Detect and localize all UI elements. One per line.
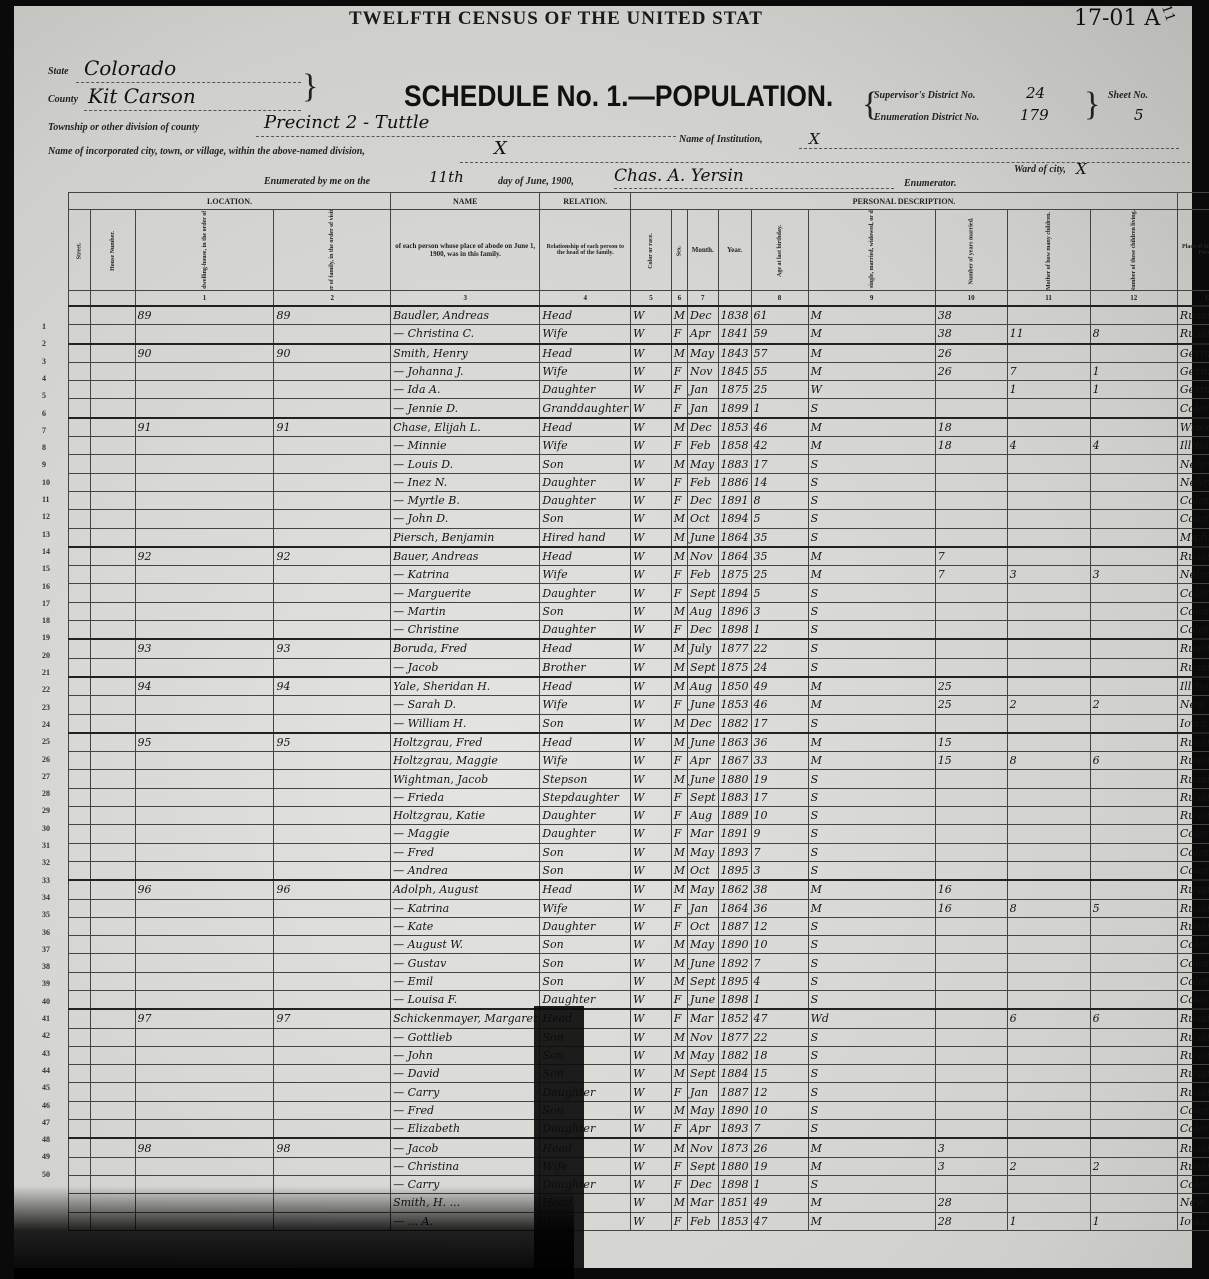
column-number: 13 <box>1177 291 1209 307</box>
years-married-cell <box>935 990 1007 1009</box>
corner-mark: 17-01 A <box>1074 6 1160 31</box>
sex-cell: F <box>671 1009 687 1028</box>
census-row: — Sarah D.WifeWFJune185346M2522New YorkN… <box>69 696 1209 714</box>
dwelling-number-cell: 98 <box>135 1138 274 1157</box>
institution-line <box>799 148 1179 149</box>
children-living-cell: 6 <box>1090 1009 1177 1028</box>
person-name-cell: Holtzgrau, Maggie <box>391 752 540 770</box>
sex-cell: M <box>671 880 687 899</box>
dwelling-number-cell: 89 <box>135 306 274 325</box>
years-married-cell <box>935 954 1007 972</box>
years-married-cell: 38 <box>935 325 1007 344</box>
years-married-cell <box>935 381 1007 399</box>
line-number: 40 <box>42 997 50 1006</box>
house-number-cell <box>90 455 135 473</box>
years-married-cell: 15 <box>935 733 1007 752</box>
family-number-cell: 89 <box>274 306 391 325</box>
street-cell <box>69 1046 91 1064</box>
dwelling-number-cell: 91 <box>135 418 274 437</box>
years-married-cell: 25 <box>935 677 1007 696</box>
family-number-cell <box>274 1083 391 1101</box>
family-number-cell: 90 <box>274 344 391 363</box>
census-row: Piersch, BenjaminHired handWMJune186435S… <box>69 528 1209 547</box>
children-living-cell <box>1090 528 1177 547</box>
line-number: 13 <box>42 530 50 539</box>
mother-of-cell <box>1007 954 1090 972</box>
marital-status-cell: M <box>808 418 935 437</box>
children-living-cell <box>1090 1065 1177 1083</box>
marital-status-cell: S <box>808 954 935 972</box>
line-number: 24 <box>42 720 50 729</box>
years-married-cell: 7 <box>935 547 1007 566</box>
sex-cell: M <box>671 1138 687 1157</box>
street-cell <box>69 566 91 584</box>
marital-status-cell: M <box>808 899 935 917</box>
years-married-cell <box>935 936 1007 954</box>
birth-year-cell: 1853 <box>718 1212 751 1230</box>
mother-of-cell <box>1007 1120 1090 1139</box>
dwelling-number-cell: 93 <box>135 639 274 658</box>
family-number-cell <box>274 437 391 455</box>
mother-of-cell <box>1007 455 1090 473</box>
line-number: 25 <box>42 737 50 746</box>
mother-of-cell <box>1007 306 1090 325</box>
color-cell: W <box>631 714 672 733</box>
age-cell: 1 <box>751 1175 808 1193</box>
age-cell: 49 <box>751 1194 808 1212</box>
street-cell <box>69 547 91 566</box>
family-number-cell <box>274 602 391 620</box>
dwelling-number-cell <box>135 861 274 880</box>
street-cell <box>69 1138 91 1157</box>
years-married-cell <box>935 1046 1007 1064</box>
brace: } <box>302 70 318 104</box>
children-living-cell <box>1090 861 1177 880</box>
mother-of-cell <box>1007 990 1090 1009</box>
person-name-cell: Boruda, Fred <box>391 639 540 658</box>
birth-month-cell: May <box>688 936 719 954</box>
marital-status-cell: S <box>808 1083 935 1101</box>
birth-month-cell: Sept <box>688 1065 719 1083</box>
birth-year-cell: 1864 <box>718 528 751 547</box>
birth-year-cell: 1875 <box>718 658 751 677</box>
brace-right: } <box>1084 88 1100 122</box>
person-name-cell: — Louis D. <box>391 455 540 473</box>
census-row: — KatrinaWifeWFJan186436M1685RussiaRussi… <box>69 899 1209 917</box>
marital-status-cell: S <box>808 1101 935 1119</box>
children-living-cell: 6 <box>1090 752 1177 770</box>
township-value: Precinct 2 - Tuttle <box>264 112 429 133</box>
children-living-cell <box>1090 714 1177 733</box>
children-living-cell: 3 <box>1090 566 1177 584</box>
mother-of-cell <box>1007 547 1090 566</box>
birth-year-cell: 1884 <box>718 1065 751 1083</box>
relation-cell: Son <box>540 510 631 528</box>
street-cell <box>69 917 91 935</box>
children-living-cell <box>1090 733 1177 752</box>
family-number-cell <box>274 510 391 528</box>
birth-month-cell: June <box>688 696 719 714</box>
age-cell: 25 <box>751 381 808 399</box>
birth-year-cell: 1886 <box>718 473 751 491</box>
census-row: — MartinSonWMAug18963SColoradoRussiaNebr… <box>69 602 1209 620</box>
line-number: 6 <box>42 409 46 418</box>
birth-year-cell: 1895 <box>718 861 751 880</box>
line-number: 23 <box>42 703 50 712</box>
age-cell: 1 <box>751 990 808 1009</box>
mother-of-cell <box>1007 770 1090 788</box>
column-number: 1 <box>135 291 274 307</box>
birthplace-cell: Germany <box>1177 362 1209 380</box>
marital-status-cell: Wd <box>808 1009 935 1028</box>
birthplace-cell: Russia <box>1177 733 1209 752</box>
birth-month-cell: June <box>688 733 719 752</box>
marital-status-cell: M <box>808 1138 935 1157</box>
relation-cell: Wife <box>540 437 631 455</box>
line-number: 22 <box>42 685 50 694</box>
age-cell: 9 <box>751 825 808 843</box>
family-number-cell: 92 <box>274 547 391 566</box>
street-cell <box>69 491 91 509</box>
person-name-cell: — Fred <box>391 1101 540 1119</box>
birthplace-cell: Colorado <box>1177 510 1209 528</box>
house-number-cell <box>90 306 135 325</box>
age-cell: 61 <box>751 306 808 325</box>
age-cell: 36 <box>751 733 808 752</box>
column-number: 4 <box>540 291 631 307</box>
children-living-cell <box>1090 602 1177 620</box>
census-row: 9898— JacobHeadWMNov187326M3RussiaRussia… <box>69 1138 1209 1157</box>
family-number-cell <box>274 843 391 861</box>
house-number-cell <box>90 1083 135 1101</box>
color-cell: W <box>631 547 672 566</box>
age-cell: 46 <box>751 418 808 437</box>
marital-status-cell: S <box>808 621 935 640</box>
birth-month-cell: June <box>688 528 719 547</box>
house-number-cell <box>90 752 135 770</box>
census-row: — William H.SonWMDec188217SIowaIllinoisN… <box>69 714 1209 733</box>
mother-of-cell: 8 <box>1007 752 1090 770</box>
person-name-cell: — David <box>391 1065 540 1083</box>
relation-cell: Wife <box>540 325 631 344</box>
years-married-cell: 3 <box>935 1138 1007 1157</box>
mother-of-cell <box>1007 917 1090 935</box>
street-cell <box>69 1065 91 1083</box>
person-name-cell: Wightman, Jacob <box>391 770 540 788</box>
census-row: — CarryDaughterWFJan188712SRussiaRussiaR… <box>69 1083 1209 1101</box>
census-row: — FredSonWMMay189010SColoradoRussiaRussi… <box>69 1101 1209 1119</box>
mother-of-cell <box>1007 344 1090 363</box>
dwelling-number-cell <box>135 491 274 509</box>
color-cell: W <box>631 752 672 770</box>
person-name-cell: Smith, Henry <box>391 344 540 363</box>
enumerated-suffix: day of June, 1900, <box>498 176 574 187</box>
person-name-cell: — Christina C. <box>391 325 540 344</box>
family-number-cell <box>274 621 391 640</box>
line-number: 30 <box>42 824 50 833</box>
line-number: 5 <box>42 391 46 400</box>
sex-cell: M <box>671 639 687 658</box>
birth-month-cell: Jan <box>688 399 719 418</box>
marital-status-cell: M <box>808 325 935 344</box>
month-col: Month. <box>688 210 719 291</box>
birth-month-cell: Oct <box>688 510 719 528</box>
enumerator-label: Enumerator. <box>904 178 957 189</box>
color-cell: W <box>631 990 672 1009</box>
years-married-cell <box>935 473 1007 491</box>
census-row: 9696Adolph, AugustHeadWMMay186238M16Russ… <box>69 880 1209 899</box>
years-married-cell: 25 <box>935 696 1007 714</box>
age-cell: 8 <box>751 491 808 509</box>
relation-cell: Stepdaughter <box>540 788 631 806</box>
birthplace-cell: Colorado <box>1177 936 1209 954</box>
years-married-cell <box>935 510 1007 528</box>
color-cell: W <box>631 1065 672 1083</box>
sex-cell: F <box>671 325 687 344</box>
children-living-cell <box>1090 825 1177 843</box>
birth-year-cell: 1851 <box>718 1194 751 1212</box>
children-living-cell <box>1090 491 1177 509</box>
person-name-cell: — John <box>391 1046 540 1064</box>
enumeration-label: Enumeration District No. <box>874 112 979 123</box>
line-number: 16 <box>42 582 50 591</box>
family-number-cell <box>274 1028 391 1046</box>
line-number: 4 <box>42 374 46 383</box>
children-living-cell <box>1090 547 1177 566</box>
birthplace-cell: Russia <box>1177 899 1209 917</box>
children-living-cell <box>1090 584 1177 602</box>
children-living-cell <box>1090 1046 1177 1064</box>
line-number: 2 <box>42 339 46 348</box>
birthplace-cell: Colorado <box>1177 491 1209 509</box>
years-married-cell: 26 <box>935 362 1007 380</box>
age-cell: 24 <box>751 658 808 677</box>
birth-year-cell: 1863 <box>718 733 751 752</box>
person-name-cell: Holtzgrau, Katie <box>391 807 540 825</box>
age-cell: 22 <box>751 1028 808 1046</box>
house-number-cell <box>90 528 135 547</box>
birthplace-cell: New York <box>1177 1194 1209 1212</box>
color-cell: W <box>631 381 672 399</box>
family-number-cell <box>274 917 391 935</box>
age-cell: 55 <box>751 362 808 380</box>
children-living-cell: 1 <box>1090 362 1177 380</box>
marital-status-cell: S <box>808 1120 935 1139</box>
house-number-cell <box>90 566 135 584</box>
family-number-cell <box>274 807 391 825</box>
census-row: — Christina C.WifeWFApr184159M38118Russi… <box>69 325 1209 344</box>
dwelling-number-cell <box>135 602 274 620</box>
census-row: 8989Baudler, AndreasHeadWMDec183861M38Ru… <box>69 306 1209 325</box>
sex-cell: M <box>671 1046 687 1064</box>
house-number-cell <box>90 491 135 509</box>
street-cell <box>69 714 91 733</box>
census-row: — Ida A.DaughterWFJan187525W11GermanyGer… <box>69 381 1209 399</box>
column-number: 2 <box>274 291 391 307</box>
birth-month-cell: Sept <box>688 1157 719 1175</box>
birth-year-cell: 1893 <box>718 1120 751 1139</box>
birth-year-cell: 1853 <box>718 696 751 714</box>
sex-cell: M <box>671 455 687 473</box>
street-cell <box>69 843 91 861</box>
years-married-cell <box>935 770 1007 788</box>
family-number-cell <box>274 1065 391 1083</box>
street-cell <box>69 1009 91 1028</box>
house-number-cell <box>90 1065 135 1083</box>
marital-status-cell: S <box>808 658 935 677</box>
line-number: 41 <box>42 1014 50 1023</box>
birthplace-cell: Colorado <box>1177 584 1209 602</box>
family-number-cell: 98 <box>274 1138 391 1157</box>
relation-cell: Head <box>540 639 631 658</box>
street-cell <box>69 621 91 640</box>
age-cell: 36 <box>751 899 808 917</box>
relation-cell: Head <box>540 677 631 696</box>
marital-status-cell: S <box>808 528 935 547</box>
street-cell <box>69 1101 91 1119</box>
birthplace-cell: Russia <box>1177 547 1209 566</box>
person-name-cell: — Elizabeth <box>391 1120 540 1139</box>
birth-year-cell: 1891 <box>718 491 751 509</box>
age-cell: 18 <box>751 1046 808 1064</box>
line-number: 47 <box>42 1118 50 1127</box>
birth-year-cell: 1862 <box>718 880 751 899</box>
birthplace-cell: Wisconsin <box>1177 418 1209 437</box>
birth-month-cell: Dec <box>688 306 719 325</box>
marital-status-cell: S <box>808 1046 935 1064</box>
line-number: 3 <box>42 357 46 366</box>
person-name-cell: — Myrtle B. <box>391 491 540 509</box>
house-number-cell <box>90 1028 135 1046</box>
sex-cell: M <box>671 528 687 547</box>
birth-year-cell: 1841 <box>718 325 751 344</box>
mother-of-cell <box>1007 807 1090 825</box>
column-number <box>90 291 135 307</box>
census-row: — JohnSonWMMay188218SRussiaRussiaRussia1… <box>69 1046 1209 1064</box>
dwelling-number-cell <box>135 972 274 990</box>
birthplace-cell: Illinois <box>1177 437 1209 455</box>
children-living-col: Number of these children living. <box>1090 210 1177 291</box>
dwelling-number-cell: 95 <box>135 733 274 752</box>
birth-year-cell: 1889 <box>718 807 751 825</box>
children-living-cell <box>1090 843 1177 861</box>
dwelling-number-cell <box>135 807 274 825</box>
house-number-cell <box>90 807 135 825</box>
dwelling-number-cell <box>135 1120 274 1139</box>
years-married-cell: 28 <box>935 1194 1007 1212</box>
years-married-cell <box>935 584 1007 602</box>
marital-status-cell: M <box>808 344 935 363</box>
color-col: Color or race. <box>631 210 672 291</box>
years-married-cell: 26 <box>935 344 1007 363</box>
marital-status-cell: S <box>808 936 935 954</box>
age-cell: 35 <box>751 547 808 566</box>
line-number: 7 <box>42 426 46 435</box>
relation-cell: Son <box>540 602 631 620</box>
relation-cell: Brother <box>540 658 631 677</box>
color-cell: W <box>631 658 672 677</box>
marital-status-cell: M <box>808 1194 935 1212</box>
color-cell: W <box>631 972 672 990</box>
street-cell <box>69 899 91 917</box>
age-cell: 7 <box>751 954 808 972</box>
marital-status-cell: S <box>808 491 935 509</box>
birth-year-cell: 1891 <box>718 825 751 843</box>
birthplace-cell: Russia <box>1177 770 1209 788</box>
birthplace-cell: Colorado <box>1177 954 1209 972</box>
dwelling-number-cell <box>135 825 274 843</box>
color-cell: W <box>631 584 672 602</box>
marital-status-cell: S <box>808 510 935 528</box>
dwelling-number-cell: 96 <box>135 880 274 899</box>
color-cell: W <box>631 880 672 899</box>
family-number-cell <box>274 990 391 1009</box>
line-number: 45 <box>42 1083 50 1092</box>
mother-of-cell <box>1007 1028 1090 1046</box>
house-number-cell <box>90 547 135 566</box>
street-cell <box>69 418 91 437</box>
house-number-cell <box>90 880 135 899</box>
enumerated-day: 11th <box>429 168 464 186</box>
township-line <box>256 136 676 137</box>
sex-cell: M <box>671 344 687 363</box>
street-cell <box>69 455 91 473</box>
sex-col: Sex. <box>671 210 687 291</box>
house-number-cell <box>90 418 135 437</box>
line-number: 49 <box>42 1152 50 1161</box>
marital-status-cell: M <box>808 1157 935 1175</box>
sex-cell: M <box>671 972 687 990</box>
age-cell: 10 <box>751 936 808 954</box>
years-married-cell <box>935 658 1007 677</box>
line-number: 35 <box>42 910 50 919</box>
census-row: — ChristinaWifeWFSept188019M322RussiaRus… <box>69 1157 1209 1175</box>
birth-year-cell: 1890 <box>718 936 751 954</box>
birth-year-cell: 1898 <box>718 1175 751 1193</box>
color-cell: W <box>631 399 672 418</box>
color-cell: W <box>631 770 672 788</box>
birth-year-cell: 1858 <box>718 437 751 455</box>
age-cell: 38 <box>751 880 808 899</box>
relation-cell: Hired hand <box>540 528 631 547</box>
person-name-cell: — Fred <box>391 843 540 861</box>
color-cell: W <box>631 510 672 528</box>
birthplace-cell: Colorado <box>1177 972 1209 990</box>
house-number-cell <box>90 362 135 380</box>
dwelling-number-cell <box>135 325 274 344</box>
color-cell: W <box>631 362 672 380</box>
street-cell <box>69 1028 91 1046</box>
sex-cell: F <box>671 807 687 825</box>
mother-of-cell <box>1007 861 1090 880</box>
line-number: 11 <box>42 495 50 504</box>
person-name-cell: — William H. <box>391 714 540 733</box>
age-cell: 57 <box>751 344 808 363</box>
census-row: Holtzgrau, KatieDaughterWFAug188910SRuss… <box>69 807 1209 825</box>
census-row: — MinnieWifeWFFeb185842M1844IllinoisGerm… <box>69 437 1209 455</box>
relation-cell: Head <box>540 418 631 437</box>
house-number-cell <box>90 1046 135 1064</box>
children-living-cell <box>1090 344 1177 363</box>
marital-status-cell: M <box>808 696 935 714</box>
birthplace-cell: Illinois <box>1177 677 1209 696</box>
line-number: 44 <box>42 1066 50 1075</box>
children-living-cell <box>1090 658 1177 677</box>
census-row: — ChristineDaughterWFDec18981SColoradoRu… <box>69 621 1209 640</box>
age-cell: 22 <box>751 639 808 658</box>
sex-cell: F <box>671 1120 687 1139</box>
dwelling-number-cell <box>135 1028 274 1046</box>
